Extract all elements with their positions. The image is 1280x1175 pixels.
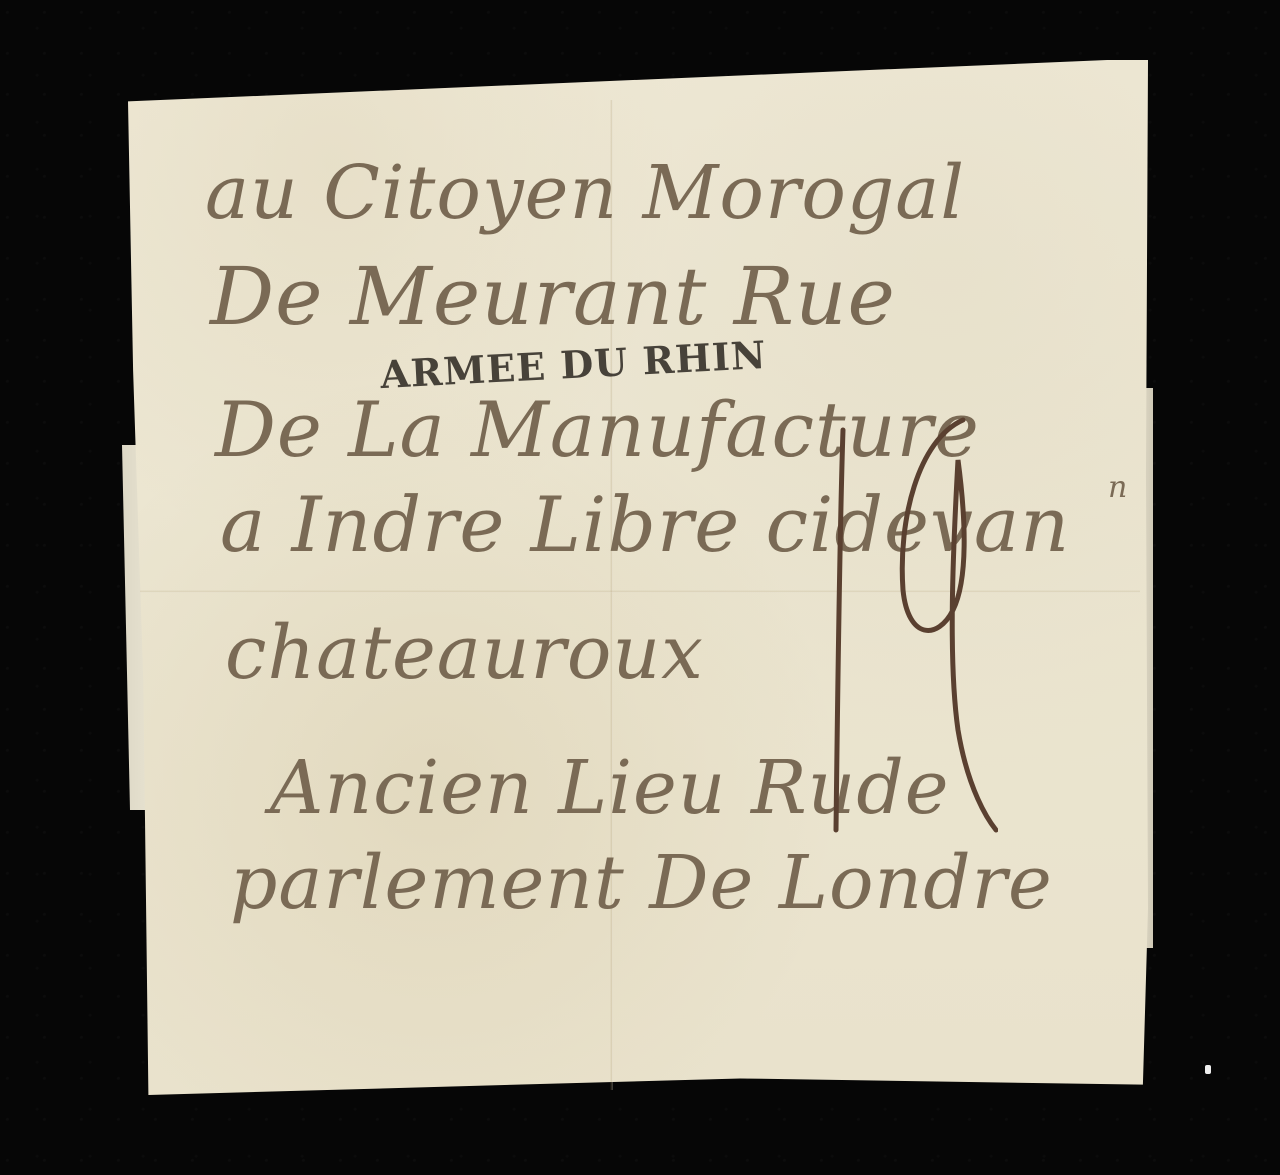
dust-speck (1205, 1065, 1211, 1074)
address-line-5: chateauroux (225, 610, 704, 696)
rate-mark-strokes (818, 400, 998, 840)
vertical-fold-crease (610, 100, 613, 1090)
address-line-7: parlement De Londre (230, 840, 1053, 926)
address-line-2: De Meurant Rue (210, 250, 896, 343)
address-line-1: au Citoyen Morogal (205, 150, 965, 236)
address-superscript: n (1108, 470, 1128, 505)
manuscript-rate-mark: 10 (818, 400, 998, 840)
